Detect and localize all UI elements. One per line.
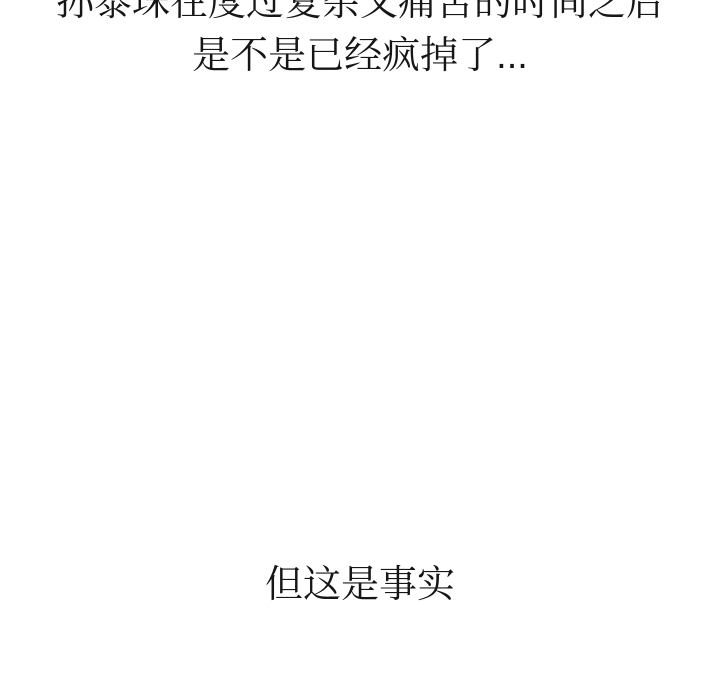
narration-bottom-text: 但这是事实 <box>0 559 720 612</box>
narration-line-2: 是不是已经疯掉了... <box>0 30 720 83</box>
narration-bottom-block: 但这是事实 <box>0 559 720 612</box>
narration-top-block: 孙泰珠在度过复杂又痛苦的时间之后 是不是已经疯掉了... <box>0 0 720 83</box>
narration-line-1: 孙泰珠在度过复杂又痛苦的时间之后 <box>0 0 720 30</box>
comic-page: 孙泰珠在度过复杂又痛苦的时间之后 是不是已经疯掉了... 但这是事实 <box>0 0 720 700</box>
